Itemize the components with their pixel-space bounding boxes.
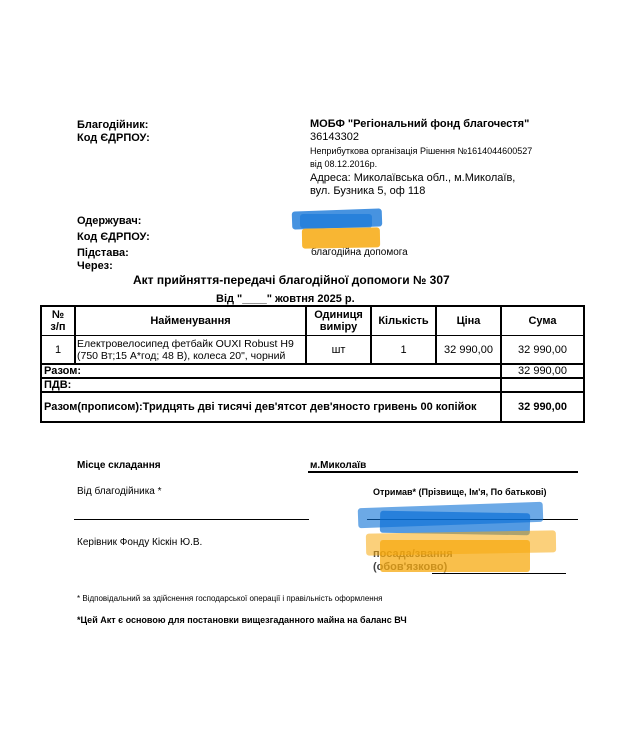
- amount-in-words: Разом(прописом):Тридцять дві тисячі дев'…: [44, 393, 498, 421]
- donor-name: МОБФ "Регіональний фонд благочестя": [310, 118, 529, 130]
- row-name: Електровелосипед фетбайк OUXI Robust H9 …: [77, 336, 305, 363]
- total-label: Разом:: [44, 365, 494, 377]
- row-sum: 32 990,00: [502, 336, 583, 363]
- basis-label: Підстава:: [77, 247, 129, 259]
- donor-note-line2: від 08.12.2016р.: [310, 159, 377, 169]
- items-table: № з/п Найменування Одиниця виміру Кількі…: [40, 305, 585, 423]
- donor-signature-line[interactable]: [74, 519, 309, 520]
- received-label: Отримав* (Прізвище, Ім'я, По батькові): [373, 487, 547, 497]
- vat-value: [502, 379, 583, 391]
- redaction-marker-yellow: [302, 227, 380, 248]
- place-value: м.Миколаїв: [310, 460, 366, 471]
- via-label: Через:: [77, 260, 113, 272]
- row-name-line1: Електровелосипед фетбайк OUXI Robust H9: [77, 338, 294, 350]
- row-unit: шт: [307, 336, 370, 363]
- from-donor-label: Від благодійника *: [77, 486, 162, 497]
- row-name-line2: (750 Вт;15 А*год; 48 В), колеса 20", чор…: [77, 350, 285, 362]
- donor-address-line1: Адреса: Миколаївська обл., м.Миколаїв,: [310, 172, 515, 184]
- footnote-2: *Цей Акт є основою для постановки вищезг…: [77, 615, 407, 625]
- row-no: 1: [42, 336, 74, 363]
- header-no: № з/п: [42, 307, 74, 335]
- redaction-marker-blue: [300, 214, 372, 228]
- place-label: Місце складання: [77, 460, 161, 471]
- head-label: Керівник Фонду Кіскін Ю.В.: [77, 537, 202, 548]
- donor-code-label: Код ЄДРПОУ:: [77, 132, 150, 144]
- donor-code: 36143302: [310, 131, 359, 143]
- basis-value: благодійна допомога: [311, 247, 408, 258]
- recipient-code-label: Код ЄДРПОУ:: [77, 231, 150, 243]
- donor-address-line2: вул. Бузника 5, оф 118: [310, 185, 425, 197]
- header-unit: Одиниця виміру: [307, 307, 370, 335]
- donor-label: Благодійник:: [77, 119, 148, 131]
- donor-note-line1: Неприбуткова організація Рішення №161404…: [310, 146, 532, 156]
- row-price: 32 990,00: [437, 336, 500, 363]
- recipient-label: Одержувач:: [77, 215, 141, 227]
- act-date: Від "____" жовтня 2025 р.: [216, 293, 355, 305]
- row-qty: 1: [372, 336, 435, 363]
- total-value: 32 990,00: [502, 365, 583, 377]
- header-name: Найменування: [76, 307, 305, 335]
- place-underline: [308, 471, 578, 473]
- amount-in-words-value: 32 990,00: [502, 393, 583, 421]
- header-price: Ціна: [437, 307, 500, 335]
- act-title: Акт прийняття-передачі благодійної допом…: [133, 273, 450, 287]
- position-underline[interactable]: [432, 573, 566, 574]
- header-sum: Сума: [502, 307, 583, 335]
- footnote-1: * Відповідальний за здійснення господарс…: [77, 594, 382, 603]
- header-qty: Кількість: [372, 307, 435, 335]
- redaction-marker-yellow: [380, 540, 530, 572]
- vat-label: ПДВ:: [44, 379, 494, 391]
